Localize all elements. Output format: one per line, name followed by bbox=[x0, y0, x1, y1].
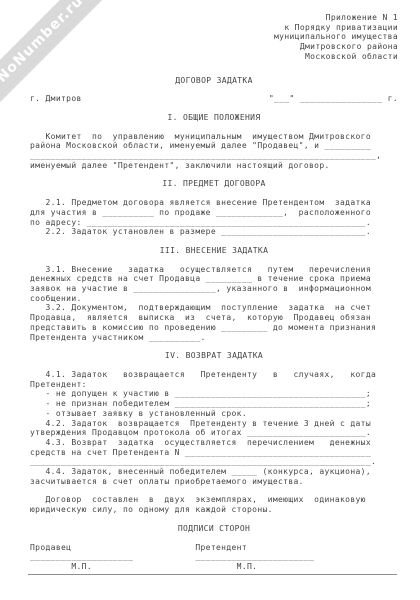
paragraph-line: 4.4. Задаток, внесенный победителем ____… bbox=[30, 467, 398, 477]
signature-stamp-labels: М.П. М.П. bbox=[30, 562, 398, 572]
paragraph-line: Договор составлен в двух экземплярах, им… bbox=[30, 495, 398, 505]
paragraph-line: сообщении. bbox=[30, 294, 398, 304]
section-heading-deposit-payment: III. ВНЕСЕНИЕ ЗАДАТКА bbox=[30, 246, 398, 256]
paragraph-line: 4.2. Задаток возвращается Претенденту в … bbox=[30, 419, 398, 429]
paragraph-line: ________________________________________… bbox=[30, 457, 398, 467]
signatures-heading: ПОДПИСИ СТОРОН bbox=[30, 524, 398, 534]
signature-lines: ____________________ ___________________… bbox=[30, 552, 398, 562]
place-date-row: г. Дмитров "___" ________________ г. bbox=[30, 94, 398, 104]
header-line: к Порядку приватизации bbox=[30, 23, 398, 33]
list-item-line: - не признан победителем _______________… bbox=[30, 399, 398, 409]
header-line: Дмитровского района bbox=[30, 42, 398, 52]
paragraph-line: утверждения Продавцом протокола об итога… bbox=[30, 428, 398, 438]
footer-divider bbox=[28, 574, 397, 575]
paragraph-line: для участия в __________ по продаже ____… bbox=[30, 208, 398, 218]
paragraph-line: представить в комиссию по проведению ___… bbox=[30, 323, 398, 333]
paragraph-line: 2.2. Задаток установлен в размере ______… bbox=[30, 227, 398, 237]
paragraph-line: 3.1. Внесение задатка осуществляется пут… bbox=[30, 265, 398, 275]
section-heading-deposit-return: IV. ВОЗВРАТ ЗАДАТКА bbox=[30, 351, 398, 361]
paragraph-line: юридическую силу, по одному для каждой с… bbox=[30, 505, 398, 515]
section-heading-subject: II. ПРЕДМЕТ ДОГОВОРА bbox=[30, 179, 398, 189]
section-subject: 2.1. Предметом договора является внесени… bbox=[30, 198, 398, 237]
paragraph-line: ________________________________________… bbox=[30, 151, 398, 161]
document-page: NoNumber.ru Приложение N 1 к Порядку при… bbox=[0, 0, 420, 600]
paragraph-line: 4.1. Задаток возвращается Претенденту в … bbox=[30, 370, 398, 380]
paragraph-line: 2.1. Предметом договора является внесени… bbox=[30, 198, 398, 208]
list-item-line: - не допущен к участию в _______________… bbox=[30, 389, 398, 399]
place-label: г. Дмитров bbox=[30, 94, 82, 104]
paragraph-line: засчитывается в счет оплаты приобретаемо… bbox=[30, 477, 398, 487]
header-line: Московской области bbox=[30, 52, 398, 62]
signatures-block: Продавец Претендент ____________________… bbox=[30, 543, 398, 572]
paragraph-line: заявок на участие в ________________, ук… bbox=[30, 284, 398, 294]
paragraph-line: Претендент: bbox=[30, 380, 398, 390]
list-item-line: - отзывает заявку в установленный срок. bbox=[30, 409, 398, 419]
document-header: Приложение N 1 к Порядку приватизации му… bbox=[30, 13, 398, 62]
paragraph-line: именуемый далее "Претендент", заключили … bbox=[30, 161, 398, 171]
paragraph-line: Продавца, является выписка из счета, кот… bbox=[30, 313, 398, 323]
section-heading-general: I. ОБЩИЕ ПОЛОЖЕНИЯ bbox=[30, 113, 398, 123]
paragraph-line: денежных средств на счет Продавца ______… bbox=[30, 274, 398, 284]
document-body: Приложение N 1 к Порядку приватизации му… bbox=[0, 0, 420, 572]
paragraph-line: Комитет по управлению муниципальным имущ… bbox=[30, 132, 398, 142]
paragraph-line: 4.3. Возврат задатка осуществляется пере… bbox=[30, 438, 398, 448]
signature-party-names: Продавец Претендент bbox=[30, 543, 398, 553]
header-line: муниципального имущества bbox=[30, 32, 398, 42]
date-blank: "___" ________________ г. bbox=[269, 94, 398, 104]
section-deposit-return: 4.1. Задаток возвращается Претенденту в … bbox=[30, 370, 398, 486]
closing-paragraph: Договор составлен в двух экземплярах, им… bbox=[30, 495, 398, 514]
paragraph-line: района Московской области, именуемый дал… bbox=[30, 141, 398, 151]
paragraph-line: 3.2. Документом, подтверждающим поступле… bbox=[30, 303, 398, 313]
document-title: ДОГОВОР ЗАДАТКА bbox=[30, 76, 398, 86]
paragraph-line: средств на счет Претендента N __________… bbox=[30, 448, 398, 458]
section-deposit-payment: 3.1. Внесение задатка осуществляется пут… bbox=[30, 265, 398, 343]
section-general: Комитет по управлению муниципальным имущ… bbox=[30, 132, 398, 171]
paragraph-line: по адресу: _____________________________… bbox=[30, 218, 398, 228]
paragraph-line: Претендента участником __________. bbox=[30, 333, 398, 343]
